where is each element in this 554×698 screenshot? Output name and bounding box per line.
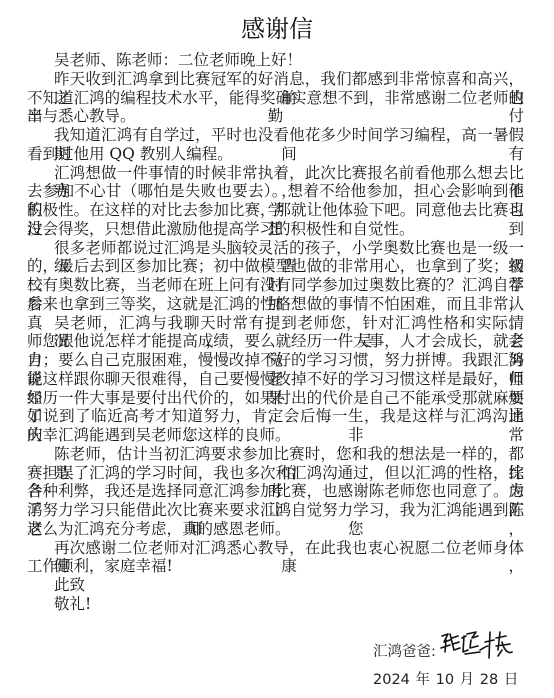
letter-body: 吴老师、陈老师：二位老师晚上好！ 昨天收到汇鸿拿到比赛冠军的好消息，我们都感到非… (27, 51, 524, 614)
closing-line: 此致 (27, 576, 524, 595)
body-line: 吴老师，汇鸿与我聊天时常有提到老师您，针对汇鸿性格和实际情况，吴老 (27, 314, 524, 333)
signature-row: 汇鸿爸爸: (373, 640, 514, 664)
closing-line: 敬礼! (27, 595, 524, 614)
body-line: 不知道汇鸿的编程技术水平，能得奖确实意想不到，非常感谢二位老师的辛勤付 (27, 89, 524, 108)
body-line: 昨天收到汇鸿拿到比赛冠军的好消息，我们都感到非常惊喜和高兴，之前也 (27, 70, 524, 89)
letter-title: 感谢信 (0, 14, 554, 44)
body-line: 后来也拿到三等奖，这就是汇鸿的性格想做的事情不怕困难，而且非常认真。 (27, 295, 524, 314)
body-line: 我知道汇鸿有自学过，平时也没看他花多少时间学习编程，高一暑假期间有 (27, 126, 524, 145)
body-line: 去参加不心甘（哪怕是失败也要去）。想着不给他参加，担心会影响到他的学习 (27, 182, 524, 201)
body-line: 经历一件大事是要付出代价的，如果付出的代价是自己不能承受那就麻烦了，比 (27, 389, 524, 408)
body-line: 各种利弊，我还是选择同意汇鸿参加比赛，也感谢陈老师您也同意了。为了让汇 (27, 482, 524, 501)
signature-label: 汇鸿爸爸: (373, 640, 436, 664)
body-line: 鸿努力学习只能借此次比赛来要求汇鸿自觉努力学习，我为汇鸿能遇到陈老师您， (27, 501, 524, 520)
body-line: 赛担误了汇鸿的学习时间，我也多次和汇鸿沟通过，但以汇鸿的性格，综合考虑 (27, 464, 524, 483)
salutation-line: 吴老师、陈老师：二位老师晚上好！ (27, 51, 524, 70)
body-line: 如说到了临近高考才知道努力，肯定会后悔一生，我是这样与汇鸿沟通的。非常 (27, 407, 524, 426)
body-line: 汇鸿想做一件事情的时候非常执着，此次比赛报名前看他那么想去比赛，不 (27, 164, 524, 183)
handwritten-signature-icon (438, 628, 514, 662)
letter-date: 2024 年 10 月 28 日 (373, 670, 518, 690)
body-line: 很多老师都说过汇鸿是头脑较灵活的孩子，小学奥数比赛也是一级一级晋级 (27, 239, 524, 258)
body-line: 师您跟他说怎样才能提高成绩，要么就经历一件大事，人才会成长，就会自觉努 (27, 332, 524, 351)
body-line: 力；要么自己克服困难，慢慢改掉不好的学习习惯，努力拼博。我跟汇鸿说老师 (27, 351, 524, 370)
body-line: 积极性。在这样的对比去参加比赛，那就让他体验下吧。同意他去比赛也没想到 (27, 201, 524, 220)
body-line: 校有奥数比赛，当老师在班上问有没有同学参加过奥数比赛的？汇鸿自荐参加， (27, 276, 524, 295)
body-line: 再次感谢二位老师对汇鸿悉心教导，在此我也衷心祝愿二位老师身体健康， (27, 539, 524, 558)
body-line: 陈老师，估计当初汇鸿要求参加比赛时，您和我的想法是一样的，都是怕比 (27, 445, 524, 464)
body-line: 的，最后去到区参加比赛；初中做模型也做的非常用心，也拿到了奖；初二时学 (27, 257, 524, 276)
body-line: 能这样跟你聊天很难得，自己要慢慢改掉不好的学习习惯这样是最好，但如果要 (27, 370, 524, 389)
